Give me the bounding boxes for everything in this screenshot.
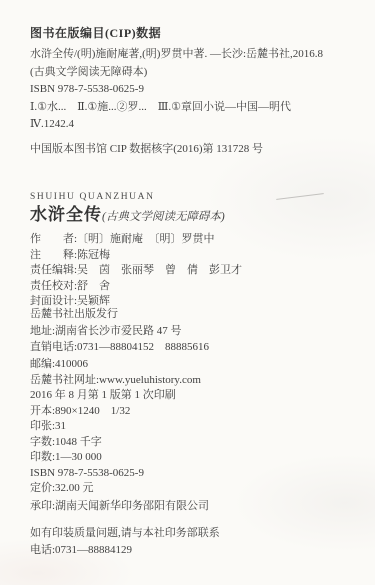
colophon-page: 图书在版编目(CIP)数据 水浒全传/(明)施耐庵著,(明)罗贯中著. —长沙:…	[0, 0, 375, 585]
printer-company-line: 承印:湖南天闻新华印务邵阳有限公司	[30, 499, 359, 514]
cip-series-note: (古典文学阅读无障碍本)	[30, 64, 359, 82]
cip-data-block: 图书在版编目(CIP)数据 水浒全传/(明)施耐庵著,(明)罗贯中著. —长沙:…	[30, 24, 359, 157]
pinyin-title: SHUIHU QUANZHUAN	[30, 191, 359, 203]
credit-proofreader: 责任校对:舒 舍	[30, 279, 359, 295]
printer-block: 承印:湖南天闻新华印务邵阳有限公司	[30, 499, 359, 514]
print-run-line: 印数:1—30 000	[30, 450, 359, 466]
quality-notice-block: 如有印装质量问题,请与本社印务部联系 电话:0731—88884129	[30, 525, 359, 558]
credit-editors: 责任编辑:吴 茵 张丽琴 曾 倩 彭卫才	[30, 263, 359, 279]
book-title: 水浒全传	[30, 205, 102, 224]
publisher-website: 岳麓书社网址:www.yueluhistory.com	[30, 372, 359, 389]
cip-title-statement: 水浒全传/(明)施耐庵著,(明)罗贯中著. —长沙:岳麓书社,2016.8	[30, 46, 359, 64]
book-title-line: 水浒全传(古典文学阅读无障碍本)	[30, 205, 359, 227]
printing-info-block: 2016 年 8 月第 1 版第 1 次印刷 开本:890×1240 1/32 …	[30, 388, 359, 497]
publisher-sales-phone: 直销电话:0731—88804152 88885616	[30, 339, 359, 356]
title-credits-block: SHUIHU QUANZHUAN 水浒全传(古典文学阅读无障碍本) 作 者:〔明…	[30, 191, 359, 310]
cip-class-number: Ⅳ.1242.4	[30, 116, 359, 134]
publisher-postcode: 邮编:410006	[30, 356, 359, 373]
word-count-line: 字数:1048 千字	[30, 435, 359, 451]
publisher-address: 地址:湖南省长沙市爱民路 47 号	[30, 323, 359, 340]
quality-phone-line: 电话:0731—88884129	[30, 542, 359, 559]
publisher-name: 岳麓书社出版发行	[30, 306, 359, 323]
cip-classification: Ⅰ.①水... Ⅱ.①施...②罗... Ⅲ.①章回小说—中国—明代	[30, 99, 359, 117]
cip-record-number: 中国版本图书馆 CIP 数据核字(2016)第 131728 号	[30, 141, 359, 157]
price-line: 定价:32.00 元	[30, 481, 359, 497]
credits-list: 作 者:〔明〕施耐庵 〔明〕罗贯中 注 释:陈冠梅 责任编辑:吴 茵 张丽琴 曾…	[30, 232, 359, 310]
sheets-line: 印张:31	[30, 419, 359, 435]
format-line: 开本:890×1240 1/32	[30, 404, 359, 420]
quality-notice-line: 如有印装质量问题,请与本社印务部联系	[30, 525, 359, 542]
credit-author: 作 者:〔明〕施耐庵 〔明〕罗贯中	[30, 232, 359, 248]
cip-heading: 图书在版编目(CIP)数据	[30, 24, 359, 42]
cip-isbn: ISBN 978-7-5538-0625-9	[30, 81, 359, 99]
isbn-line: ISBN 978-7-5538-0625-9	[30, 466, 359, 482]
edition-line: 2016 年 8 月第 1 版第 1 次印刷	[30, 388, 359, 404]
credit-annotator: 注 释:陈冠梅	[30, 248, 359, 264]
book-subtitle: (古典文学阅读无障碍本)	[102, 211, 225, 223]
publisher-block: 岳麓书社出版发行 地址:湖南省长沙市爱民路 47 号 直销电话:0731—888…	[30, 306, 359, 389]
